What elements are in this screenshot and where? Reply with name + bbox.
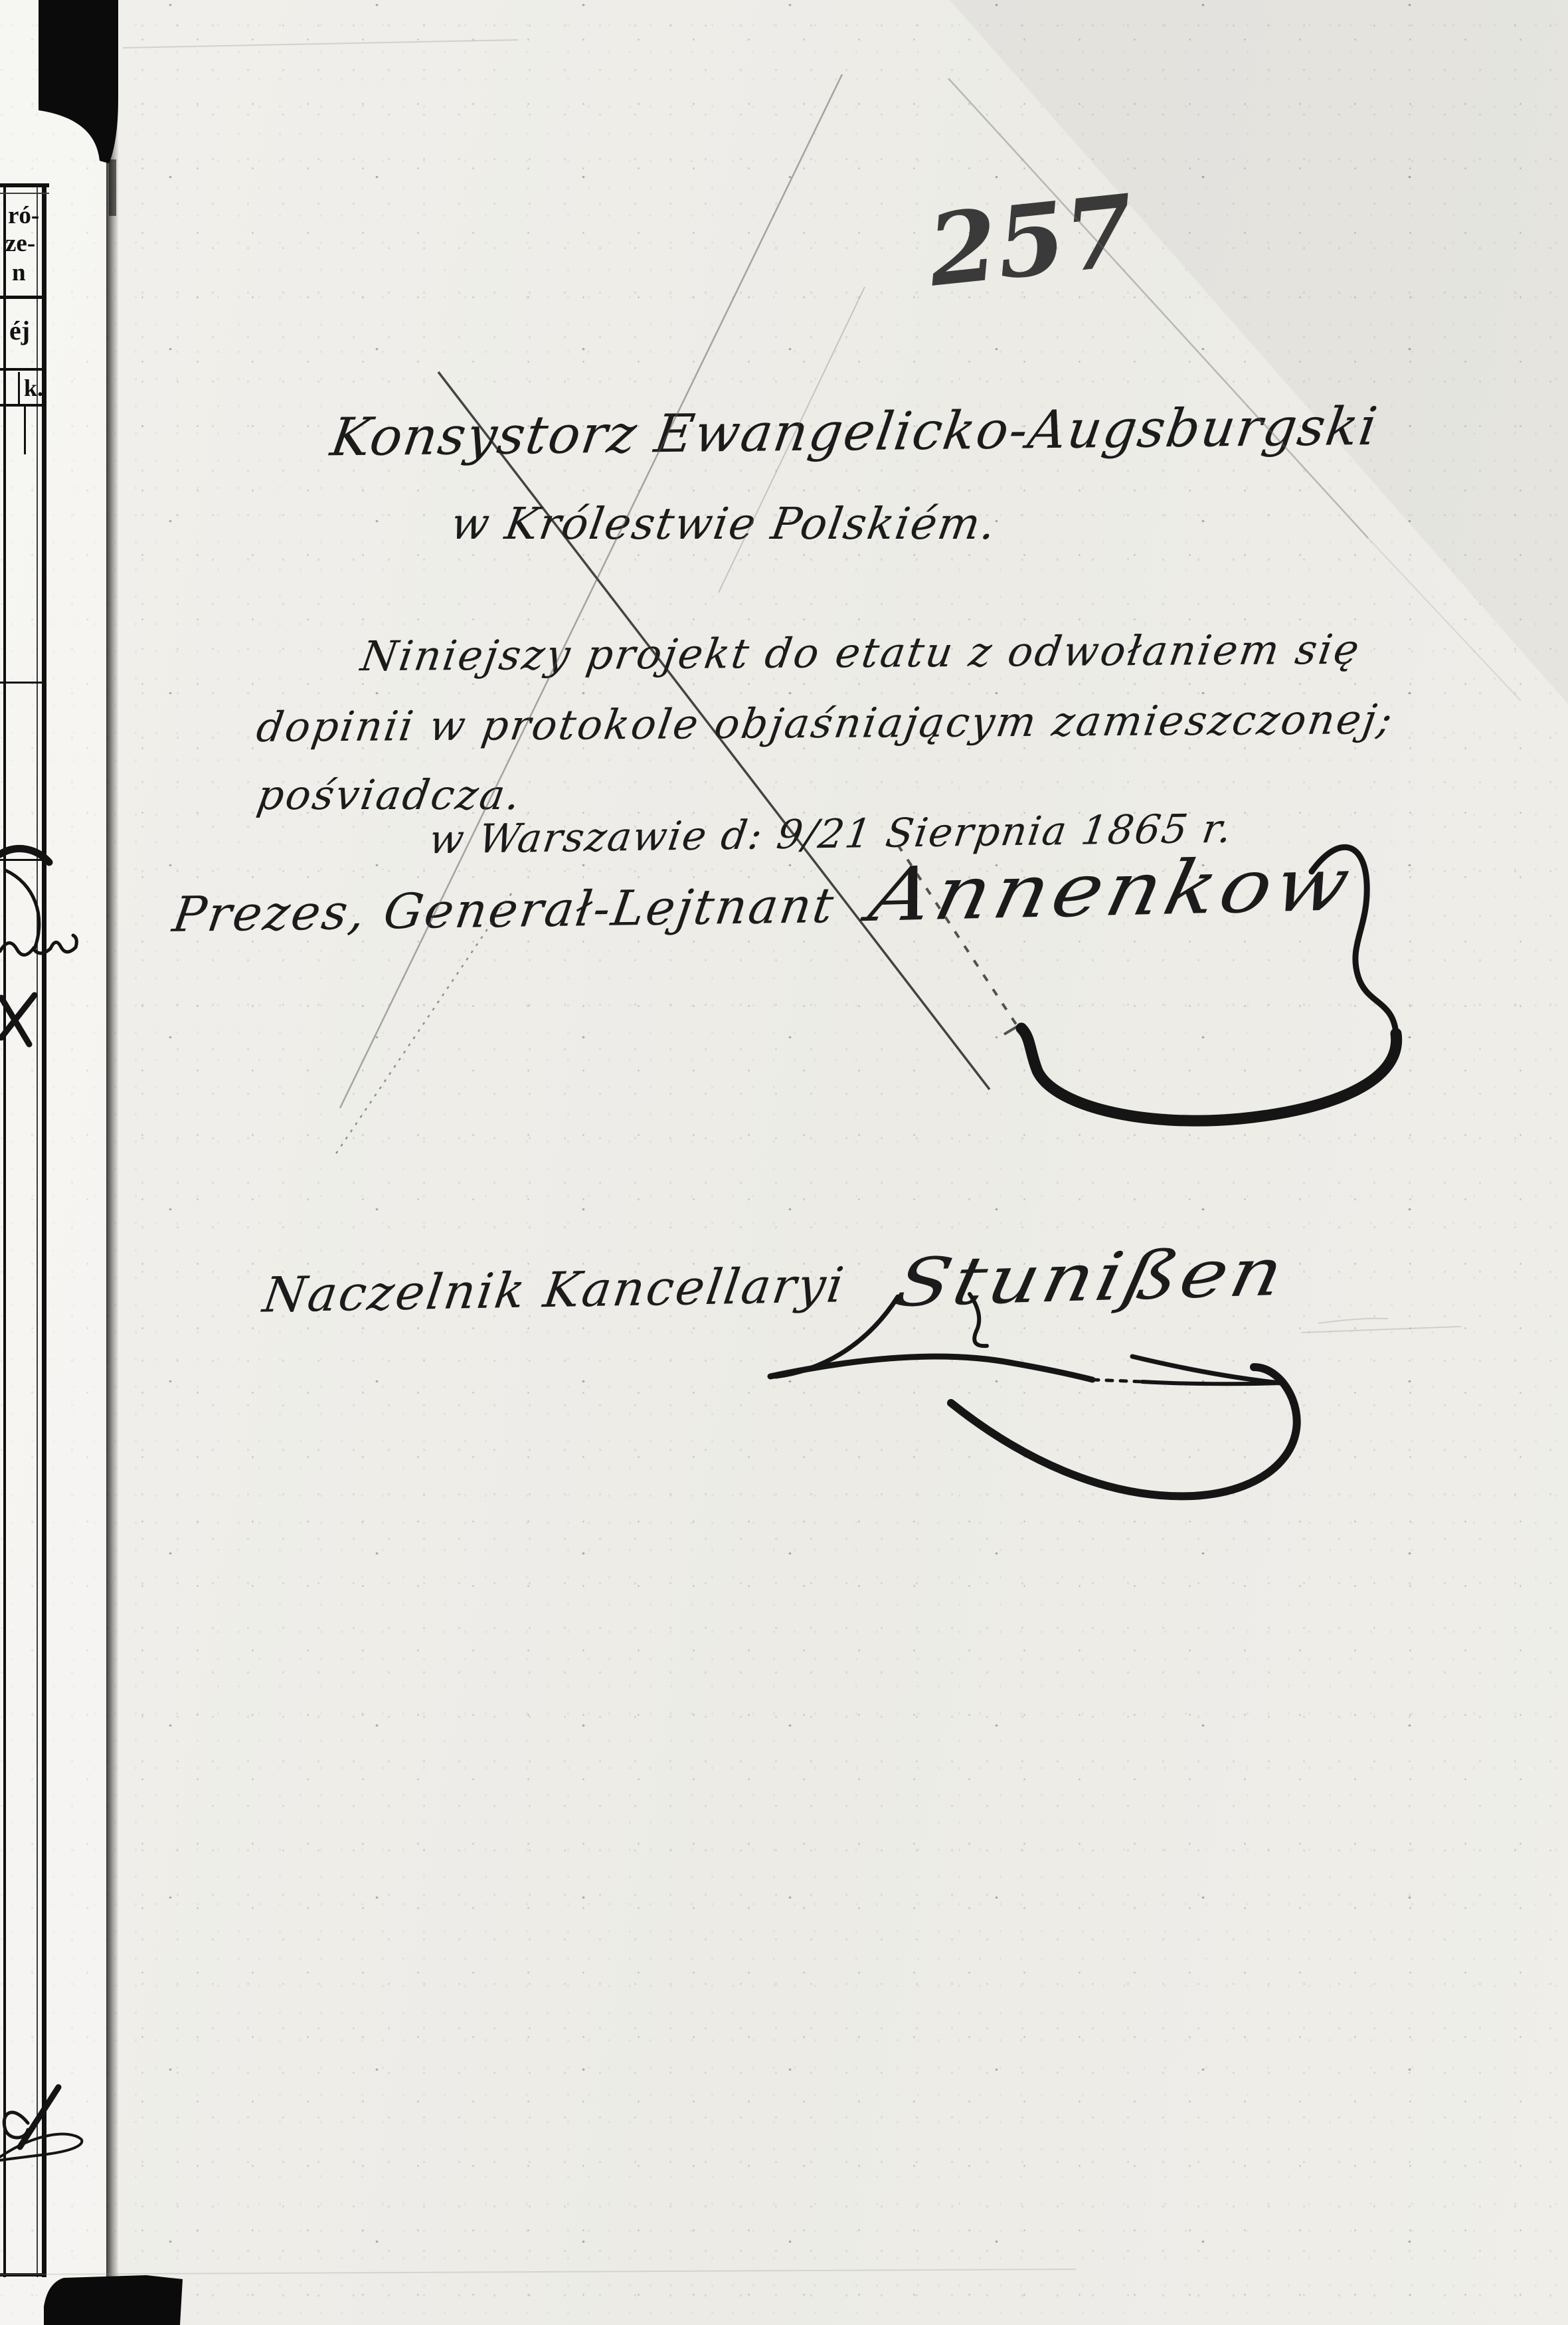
scratch-marks-right [1302, 1319, 1461, 1333]
edge-handwriting-bottom [0, 2087, 82, 2160]
ink-and-artifact-overlay [0, 0, 1568, 2325]
corner-shade [950, 0, 1568, 704]
crease-line-left-parallel [719, 287, 865, 593]
crease-line-left [340, 74, 842, 1108]
signature2-flourish [770, 1294, 1297, 1496]
pencil-line-lower-left [335, 893, 511, 1155]
signature1-flourish [1021, 847, 1397, 1121]
crease-horizontal-top [123, 40, 518, 48]
edge-handwriting-middle [0, 848, 76, 1044]
strike-line-hook [1004, 1026, 1017, 1034]
crease-horizontal-bottom [0, 2269, 1076, 2275]
top-edge-black-tail [109, 159, 116, 216]
bottom-edge-black-mark [44, 2275, 183, 2325]
strike-line-ink [438, 372, 990, 1089]
scanned-document-page: ró- ze- n éj k. 257 Konsystorz Ewangelic… [0, 0, 1568, 2325]
top-edge-black-mark [39, 0, 118, 163]
strike-line-ink-dotted [898, 845, 1017, 1026]
